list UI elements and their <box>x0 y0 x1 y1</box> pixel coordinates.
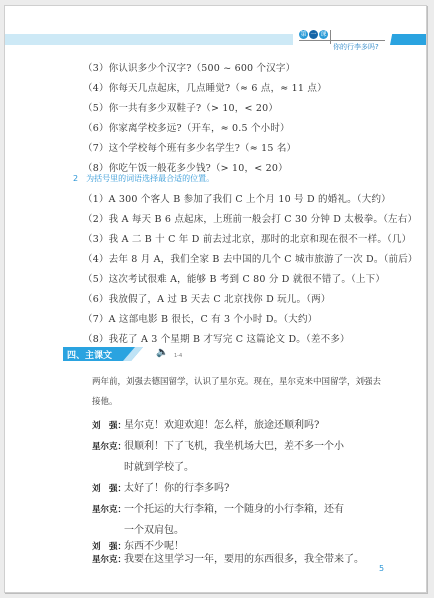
ex2-item: （6）我放假了，A 过 B 天去 C 北京找你 D 玩儿。（两） <box>83 291 331 305</box>
badge-char-2: 一 <box>309 30 318 39</box>
intro-line: 接他。 <box>92 395 118 407</box>
dialogue-continuation: 一个双肩包。 <box>124 521 184 536</box>
dialogue-line: 刘 强：太好了！你的行李多吗? <box>92 479 229 494</box>
speaker-icon[interactable]: 🔈 <box>156 347 168 358</box>
textbook-page: 第 一 课 你的行李多吗? （3）你认识多少个汉字?（500 ~ 600 个汉字… <box>4 5 427 593</box>
ex2-item: （8）我花了 A 3 个星期 B 才写完 C 这篇论文 D。（差不多） <box>83 331 350 345</box>
badge-char-3: 课 <box>319 30 328 39</box>
speaker-name: 星尔克： <box>92 503 124 515</box>
audio-track-number: 1-4 <box>174 353 182 359</box>
header-divider <box>299 40 385 41</box>
page-number: 5 <box>379 564 384 573</box>
section-title: 四、主课文 <box>67 348 112 361</box>
dialogue-line: 星尔克：我要在这里学习一年，要用的东西很多，我全带来了。 <box>92 550 364 565</box>
ex2-item: （7）A 这部电影 B 很长，C 有 3 个小时 D。（大约） <box>83 311 317 325</box>
dialogue-continuation: 时就到学校了。 <box>124 458 194 473</box>
ex1-item: （5）你一共有多少双鞋子?（> 10，< 20） <box>83 100 278 114</box>
exercise2-instruction: 为括号里的词语选择最合适的位置。 <box>86 174 214 183</box>
ex2-item: （2）我 A 每天 B 6 点起床，上班前一般会打 C 30 分钟 D 太极拳。… <box>83 211 417 225</box>
dialogue-text: 星尔克！欢迎欢迎！怎么样，旅途还顺利吗? <box>124 420 319 431</box>
dialogue-line: 星尔克：一个托运的大行李箱，一个随身的小行李箱，还有 <box>92 500 344 515</box>
speaker-name: 星尔克： <box>92 440 124 452</box>
ex1-item: （6）你家离学校多远?（开车，≈ 0.5 个小时） <box>83 120 290 134</box>
ex2-item: （5）这次考试很难 A，能够 B 考到 C 80 分 D 就很不错了。（上下） <box>83 271 385 285</box>
dialogue-text: 很顺利！下了飞机，我坐机场大巴，差不多一个小 <box>124 441 344 452</box>
ex2-item: （4）去年 8 月 A，我们全家 B 去中国的几个 C 城市旅游了一次 D。（前… <box>83 251 418 265</box>
header-tab <box>390 34 426 45</box>
ex1-item: （7）这个学校每个班有多少名学生?（≈ 15 名） <box>83 140 296 154</box>
exercise2-heading: 2为括号里的词语选择最合适的位置。 <box>73 173 214 184</box>
lesson-badge: 第 一 课 <box>299 30 328 39</box>
dialogue-line: 刘 强：星尔克！欢迎欢迎！怎么样，旅途还顺利吗? <box>92 416 319 431</box>
badge-char-1: 第 <box>299 30 308 39</box>
ex1-item: （3）你认识多少个汉字?（500 ~ 600 个汉字） <box>83 60 295 74</box>
exercise2-number: 2 <box>73 174 78 183</box>
speaker-name: 星尔克： <box>92 553 124 565</box>
lesson-title: 你的行李多吗? <box>333 42 379 52</box>
dialogue-text: 一个托运的大行李箱，一个随身的小行李箱，还有 <box>124 504 344 515</box>
speaker-name: 刘 强： <box>92 419 124 431</box>
speaker-name: 刘 强： <box>92 482 124 494</box>
ex1-item: （4）你每天几点起床，几点睡觉?（≈ 6 点，≈ 11 点） <box>83 80 327 94</box>
header-band <box>5 34 293 45</box>
ex2-item: （3）我 A 二 B 十 C 年 D 前去过北京，那时的北京和现在很不一样。（几… <box>83 231 411 245</box>
ex1-item: （8）你吃午饭一般花多少钱?（> 10，< 20） <box>83 160 288 174</box>
dialogue-text: 太好了！你的行李多吗? <box>124 483 229 494</box>
ex2-item: （1）A 300 个客人 B 参加了我们 C 上个月 10 号 D 的婚礼。（大… <box>83 191 391 205</box>
intro-line: 两年前，刘强去德国留学，认识了星尔克。现在，星尔克来中国留学，刘强去 <box>92 375 381 387</box>
dialogue-line: 星尔克：很顺利！下了飞机，我坐机场大巴，差不多一个小 <box>92 437 344 452</box>
header-vdivider <box>330 30 331 44</box>
dialogue-text: 我要在这里学习一年，要用的东西很多，我全带来了。 <box>124 554 364 565</box>
